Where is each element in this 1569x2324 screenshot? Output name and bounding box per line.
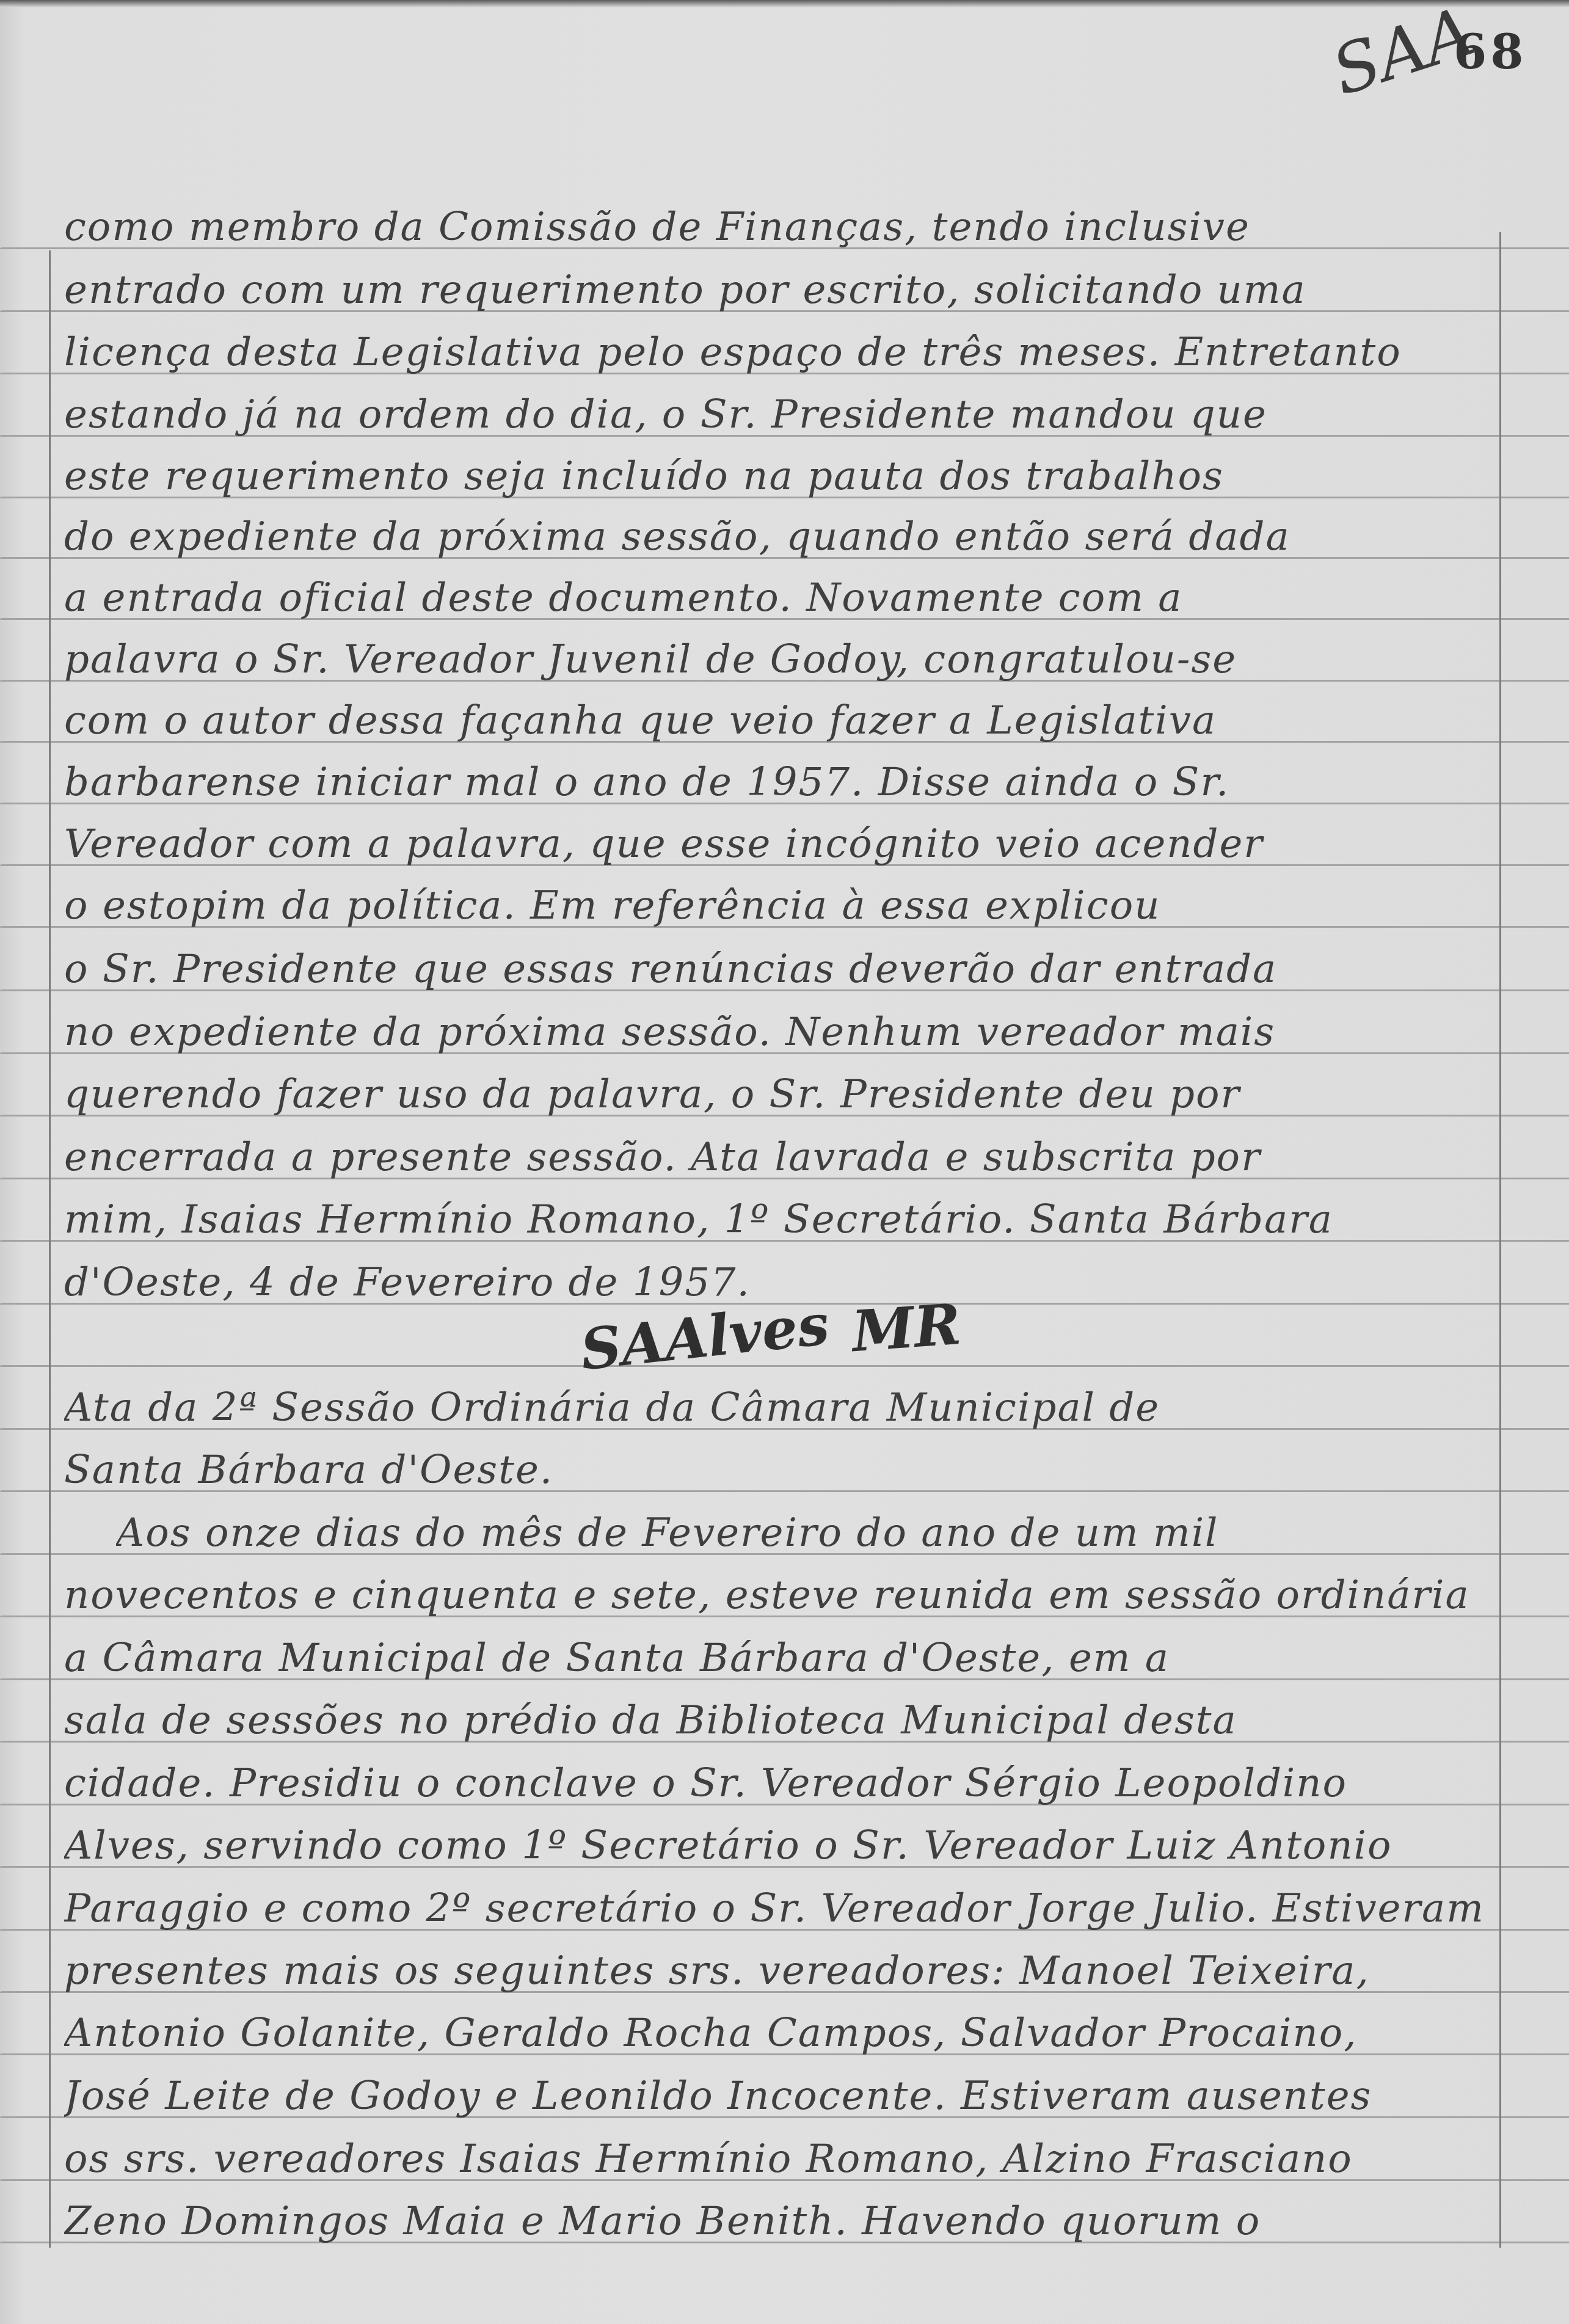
minutes-title-line: Ata da 2ª Sessão Ordinária da Câmara Mun… — [64, 1385, 1487, 1430]
handwritten-line: Alves, servindo como 1º Secretário o Sr.… — [64, 1823, 1487, 1868]
handwritten-line: Paraggio e como 2º secretário o Sr. Vere… — [64, 1886, 1487, 1931]
left-margin-rule — [49, 250, 51, 2248]
handwritten-line: do expediente da próxima sessão, quando … — [64, 514, 1487, 559]
handwritten-line: este requerimento seja incluído na pauta… — [64, 454, 1487, 499]
handwritten-line: cidade. Presidiu o conclave o Sr. Veread… — [64, 1761, 1487, 1806]
handwritten-line: os srs. vereadores Isaias Hermínio Roman… — [64, 2136, 1487, 2182]
handwritten-line: estando já na ordem do dia, o Sr. Presid… — [64, 392, 1487, 437]
handwritten-line: barbarense iniciar mal o ano de 1957. Di… — [64, 760, 1487, 805]
page-number: 68 — [1454, 24, 1527, 80]
handwritten-line: palavra o Sr. Vereador Juvenil de Godoy,… — [64, 637, 1487, 682]
handwritten-line: Antonio Golanite, Geraldo Rocha Campos, … — [64, 2011, 1487, 2056]
handwritten-line: mim, Isaias Hermínio Romano, 1º Secretár… — [64, 1197, 1487, 1242]
handwritten-line: novecentos e cinquenta e sete, esteve re… — [64, 1573, 1487, 1618]
handwritten-line: entrado com um requerimento por escrito,… — [64, 268, 1487, 313]
right-margin-rule — [1499, 232, 1501, 2248]
ruled-line — [0, 1365, 1569, 1367]
page-top-edge — [0, 0, 1569, 7]
handwritten-line: no expediente da próxima sessão. Nenhum … — [64, 1010, 1487, 1055]
handwritten-line: Aos onze dias do mês de Fevereiro do ano… — [116, 1510, 1487, 1556]
signature-secretary-initials: MR — [850, 1291, 963, 1364]
handwritten-line: a entrada oficial deste documento. Novam… — [64, 575, 1487, 621]
handwritten-line: querendo fazer uso da palavra, o Sr. Pre… — [64, 1072, 1487, 1117]
handwritten-line: José Leite de Godoy e Leonildo Incocente… — [64, 2074, 1487, 2119]
handwritten-line: como membro da Comissão de Finanças, ten… — [64, 205, 1487, 250]
ledger-page: SAA 68 como membro da Comissão de Finanç… — [0, 0, 1569, 2324]
handwritten-line: Vereador com a palavra, que esse incógni… — [64, 821, 1487, 867]
handwritten-line: licença desta Legislativa pelo espaço de… — [64, 330, 1487, 375]
handwritten-line: encerrada a presente sessão. Ata lavrada… — [64, 1135, 1487, 1180]
handwritten-line: presentes mais os seguintes srs. vereado… — [64, 1948, 1487, 1994]
handwritten-line: o estopim da política. Em referência à e… — [64, 883, 1487, 928]
handwritten-line: com o autor dessa façanha que veio fazer… — [64, 698, 1487, 743]
handwritten-line: sala de sessões no prédio da Biblioteca … — [64, 1698, 1487, 1743]
handwritten-line: a Câmara Municipal de Santa Bárbara d'Oe… — [64, 1636, 1487, 1681]
minutes-title-line: Santa Bárbara d'Oeste. — [64, 1448, 1487, 1493]
handwritten-line: Zeno Domingos Maia e Mario Benith. Haven… — [64, 2199, 1487, 2244]
handwritten-line: o Sr. Presidente que essas renúncias dev… — [64, 947, 1487, 992]
